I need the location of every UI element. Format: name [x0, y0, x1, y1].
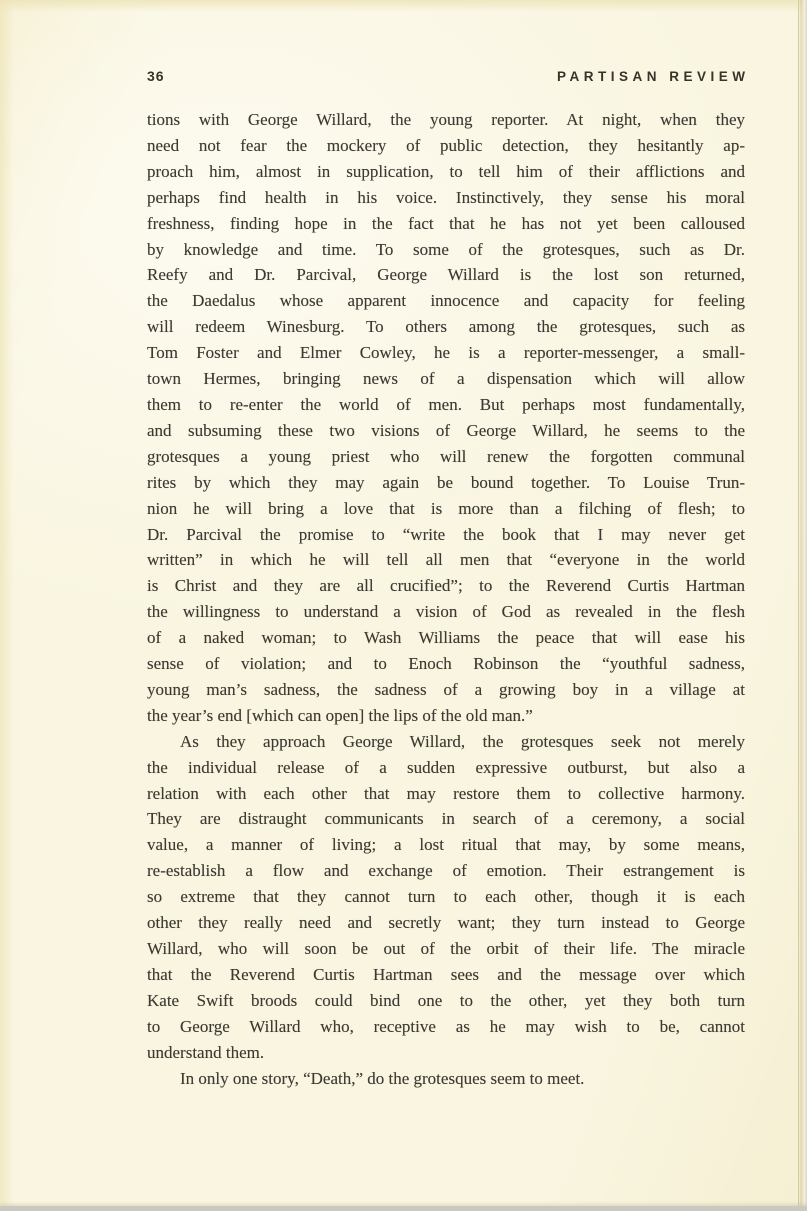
text-line: written” in which he will tell all men t…	[147, 547, 745, 573]
text-line: will redeem Winesburg. To others among t…	[147, 314, 745, 340]
text-line: Kate Swift broods could bind one to the …	[147, 988, 745, 1014]
text-line: the willingness to understand a vision o…	[147, 599, 745, 625]
text-line: As they approach George Willard, the gro…	[147, 729, 745, 755]
text-line: that the Reverend Curtis Hartman sees an…	[147, 962, 745, 988]
paragraph: In only one story, “Death,” do the grote…	[147, 1066, 745, 1092]
text-line: the individual release of a sudden expre…	[147, 755, 745, 781]
paragraph: tions with George Willard, the young rep…	[147, 107, 745, 729]
text-line: Tom Foster and Elmer Cowley, he is a rep…	[147, 340, 745, 366]
text-line: grotesques a young priest who will renew…	[147, 444, 745, 470]
page-left-edge-shading	[0, 0, 14, 1211]
text-line: and subsuming these two visions of Georg…	[147, 418, 745, 444]
text-line: rites by which they may again be bound t…	[147, 470, 745, 496]
text-line: town Hermes, bringing news of a dispensa…	[147, 366, 745, 392]
text-line: young man’s sadness, the sadness of a gr…	[147, 677, 745, 703]
scanned-page: 36 PARTISAN REVIEW tions with George Wil…	[0, 0, 807, 1211]
journal-title: PARTISAN REVIEW	[557, 69, 750, 84]
body-paragraphs: tions with George Willard, the young rep…	[147, 107, 745, 1091]
text-line: by knowledge and time. To some of the gr…	[147, 237, 745, 263]
text-line: relation with each other that may restor…	[147, 781, 745, 807]
text-line: Reefy and Dr. Parcival, George Willard i…	[147, 262, 745, 288]
text-line: tions with George Willard, the young rep…	[147, 107, 745, 133]
page-right-edge-shading	[798, 0, 807, 1211]
page-top-edge-shading	[0, 0, 807, 12]
text-line: proach him, almost in supplication, to t…	[147, 159, 745, 185]
text-line: the Daedalus whose apparent innocence an…	[147, 288, 745, 314]
text-line: is Christ and they are all crucified”; t…	[147, 573, 745, 599]
page-bottom-edge-strip	[0, 1206, 807, 1211]
text-line: sense of violation; and to Enoch Robinso…	[147, 651, 745, 677]
text-line: They are distraught communicants in sear…	[147, 806, 745, 832]
text-line: need not fear the mockery of public dete…	[147, 133, 745, 159]
text-line: the year’s end [which can open] the lips…	[147, 703, 745, 729]
paragraph: As they approach George Willard, the gro…	[147, 729, 745, 1066]
running-head: 36 PARTISAN REVIEW	[147, 68, 745, 84]
text-line: so extreme that they cannot turn to each…	[147, 884, 745, 910]
page-number: 36	[147, 68, 165, 84]
text-line: freshness, finding hope in the fact that…	[147, 211, 745, 237]
text-line: re-establish a flow and exchange of emot…	[147, 858, 745, 884]
text-line: of a naked woman; to Wash Williams the p…	[147, 625, 745, 651]
text-line: perhaps find health in his voice. Instin…	[147, 185, 745, 211]
text-line: understand them.	[147, 1040, 745, 1066]
text-line: to George Willard who, receptive as he m…	[147, 1014, 745, 1040]
text-line: other they really need and secretly want…	[147, 910, 745, 936]
text-line: them to re-enter the world of men. But p…	[147, 392, 745, 418]
text-line: In only one story, “Death,” do the grote…	[147, 1066, 745, 1092]
text-line: Willard, who will soon be out of the orb…	[147, 936, 745, 962]
text-line: Dr. Parcival the promise to “write the b…	[147, 522, 745, 548]
text-line: nion he will bring a love that is more t…	[147, 496, 745, 522]
text-line: value, a manner of living; a lost ritual…	[147, 832, 745, 858]
